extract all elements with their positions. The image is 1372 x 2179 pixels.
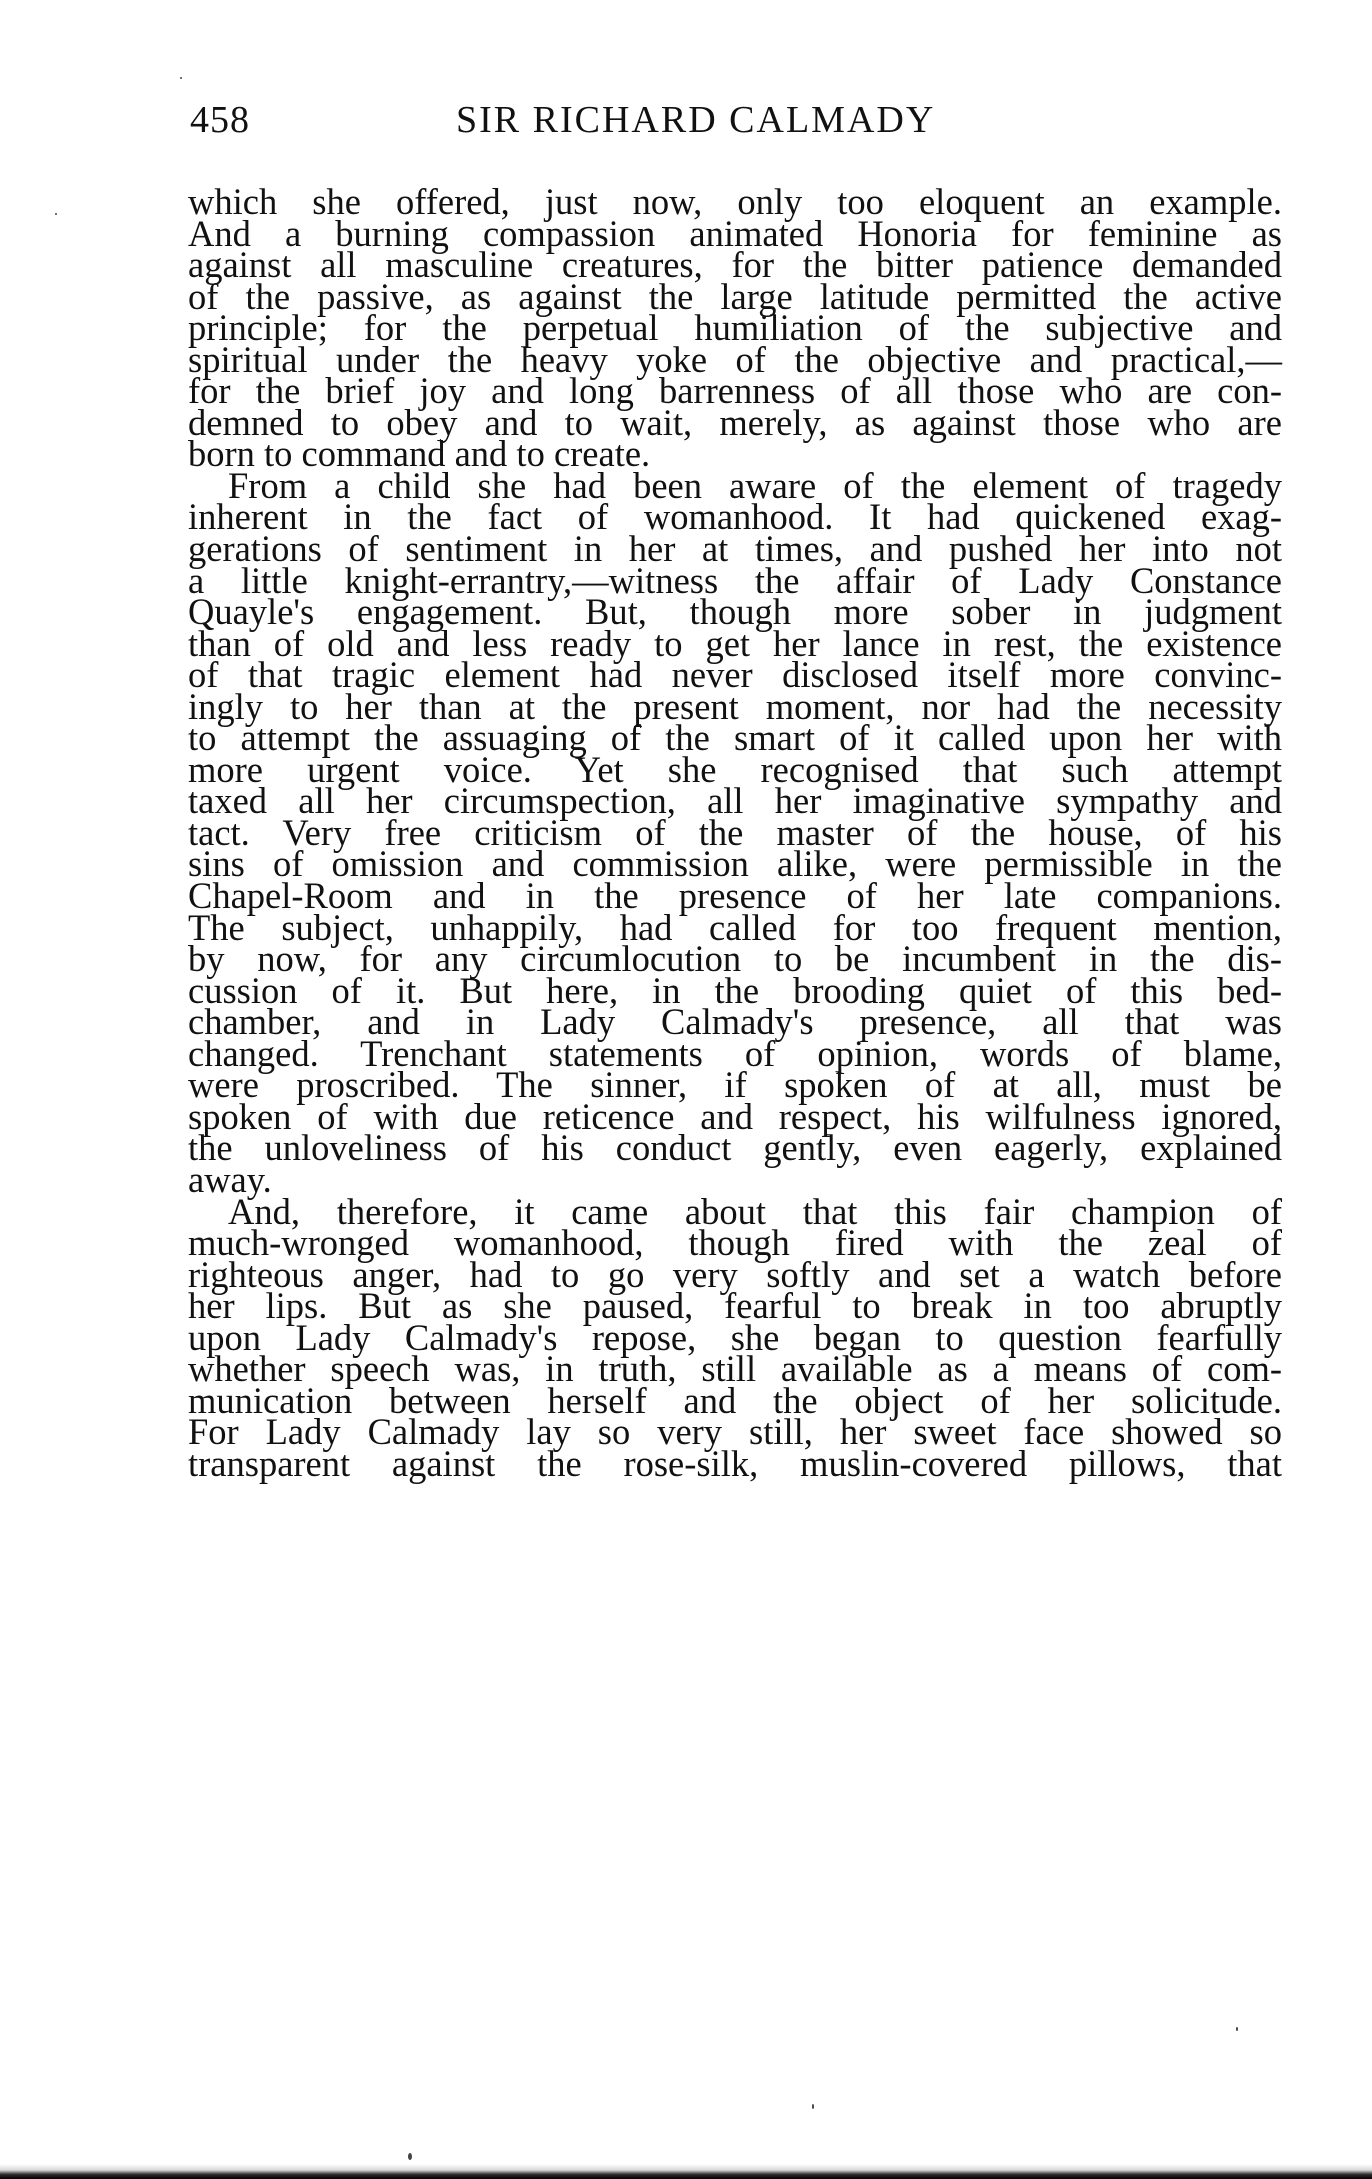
scan-speck [180,77,182,79]
running-title: SIR RICHARD CALMADY [456,98,935,142]
scan-speck [812,2104,814,2109]
scan-speck [1236,2027,1238,2031]
scan-speck [55,213,57,215]
book-page: 458 SIR RICHARD CALMADY which she offere… [0,0,1372,2179]
page-bottom-edge [0,2164,1372,2179]
text-line: transparent against the rose-silk, musli… [188,1448,1282,1480]
page-number: 458 [190,98,250,142]
text-line: the unloveliness of his conduct gently, … [188,1132,1282,1164]
body-text: which she offered, just now, only too el… [188,186,1282,1479]
scan-speck [408,2153,412,2160]
running-head: 458 SIR RICHARD CALMADY [190,98,1290,148]
